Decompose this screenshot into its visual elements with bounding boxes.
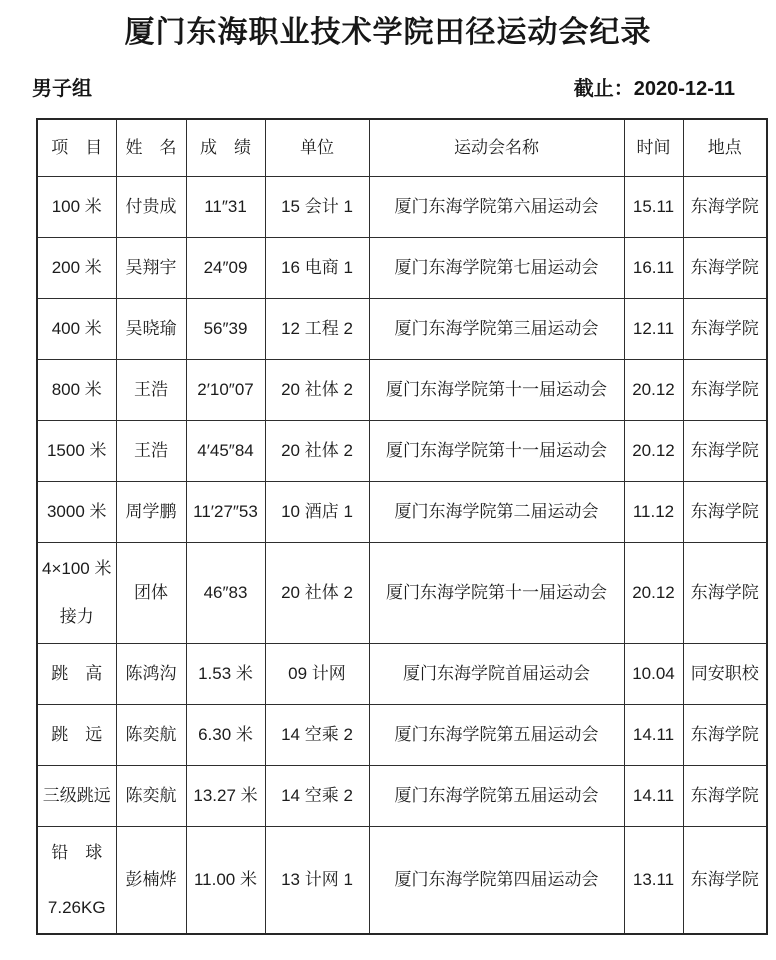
cell-name: 周学鹏: [116, 481, 186, 542]
cell-location: 东海学院: [683, 359, 767, 420]
cell-event: 3000 米: [37, 481, 116, 542]
table-row: 200 米 吴翔宇 24″09 16 电商 1 厦门东海学院第七届运动会 16.…: [37, 237, 767, 298]
cell-unit: 14 空乘 2: [265, 704, 369, 765]
cell-time: 16.11: [624, 237, 683, 298]
cell-location: 东海学院: [683, 176, 767, 237]
event-line2: 接力: [60, 606, 94, 627]
column-header-name: 姓 名: [116, 119, 186, 176]
cell-time: 15.11: [624, 176, 683, 237]
cell-meet: 厦门东海学院第二届运动会: [369, 481, 624, 542]
cell-result: 11.00 米: [186, 826, 265, 934]
cell-name: 陈奕航: [116, 704, 186, 765]
cell-name: 吴晓瑜: [116, 298, 186, 359]
cell-location: 东海学院: [683, 237, 767, 298]
cell-meet: 厦门东海学院第六届运动会: [369, 176, 624, 237]
table-row: 三级跳远 陈奕航 13.27 米 14 空乘 2 厦门东海学院第五届运动会 14…: [37, 765, 767, 826]
cell-location: 东海学院: [683, 420, 767, 481]
cell-result: 46″83: [186, 542, 265, 643]
column-header-result: 成 绩: [186, 119, 265, 176]
event-line1: 铅 球: [51, 842, 102, 863]
event-line2: 7.26KG: [48, 897, 106, 918]
cell-result: 6.30 米: [186, 704, 265, 765]
table-row: 跳 远 陈奕航 6.30 米 14 空乘 2 厦门东海学院第五届运动会 14.1…: [37, 704, 767, 765]
cell-result: 56″39: [186, 298, 265, 359]
table-row: 800 米 王浩 2′10″07 20 社体 2 厦门东海学院第十一届运动会 2…: [37, 359, 767, 420]
cell-unit: 15 会计 1: [265, 176, 369, 237]
cell-location: 东海学院: [683, 542, 767, 643]
cell-result: 11′27″53: [186, 481, 265, 542]
page-title: 厦门东海职业技术学院田径运动会纪录: [0, 0, 776, 51]
header-row: 项 目 姓 名 成 绩 单位 运动会名称 时间 地点: [37, 119, 767, 176]
event-two-line: 铅 球 7.26KG: [40, 842, 114, 918]
cell-unit: 09 计网: [265, 643, 369, 704]
cell-meet: 厦门东海学院第十一届运动会: [369, 359, 624, 420]
deadline-label: 截止：2020-12-11: [574, 72, 735, 101]
group-label: 男子组: [32, 72, 92, 101]
cell-meet: 厦门东海学院首届运动会: [369, 643, 624, 704]
cell-result: 4′45″84: [186, 420, 265, 481]
cell-location: 东海学院: [683, 481, 767, 542]
cell-meet: 厦门东海学院第七届运动会: [369, 237, 624, 298]
cell-unit: 13 计网 1: [265, 826, 369, 934]
cell-time: 20.12: [624, 359, 683, 420]
cell-name: 王浩: [116, 420, 186, 481]
event-two-line: 4×100 米 接力: [40, 558, 114, 628]
column-header-event: 项 目: [37, 119, 116, 176]
column-header-time: 时间: [624, 119, 683, 176]
event-line1: 4×100 米: [42, 558, 111, 579]
cell-time: 20.12: [624, 542, 683, 643]
cell-meet: 厦门东海学院第十一届运动会: [369, 420, 624, 481]
cell-location: 东海学院: [683, 765, 767, 826]
table-row: 1500 米 王浩 4′45″84 20 社体 2 厦门东海学院第十一届运动会 …: [37, 420, 767, 481]
cell-time: 10.04: [624, 643, 683, 704]
cell-name: 付贵成: [116, 176, 186, 237]
cell-name: 陈奕航: [116, 765, 186, 826]
cell-name: 吴翔宇: [116, 237, 186, 298]
cell-unit: 16 电商 1: [265, 237, 369, 298]
column-header-unit: 单位: [265, 119, 369, 176]
column-header-location: 地点: [683, 119, 767, 176]
table-row: 4×100 米 接力 团体 46″83 20 社体 2 厦门东海学院第十一届运动…: [37, 542, 767, 643]
cell-result: 11″31: [186, 176, 265, 237]
cell-name: 陈鸿沟: [116, 643, 186, 704]
cell-name: 彭楠烨: [116, 826, 186, 934]
table-row: 铅 球 7.26KG 彭楠烨 11.00 米 13 计网 1 厦门东海学院第四届…: [37, 826, 767, 934]
cell-location: 东海学院: [683, 826, 767, 934]
cell-event: 400 米: [37, 298, 116, 359]
table-row: 100 米 付贵成 11″31 15 会计 1 厦门东海学院第六届运动会 15.…: [37, 176, 767, 237]
table-row: 3000 米 周学鹏 11′27″53 10 酒店 1 厦门东海学院第二届运动会…: [37, 481, 767, 542]
cell-event: 三级跳远: [37, 765, 116, 826]
cell-meet: 厦门东海学院第五届运动会: [369, 704, 624, 765]
cell-meet: 厦门东海学院第四届运动会: [369, 826, 624, 934]
cell-time: 11.12: [624, 481, 683, 542]
cell-unit: 14 空乘 2: [265, 765, 369, 826]
cell-meet: 厦门东海学院第三届运动会: [369, 298, 624, 359]
table-row: 跳 高 陈鸿沟 1.53 米 09 计网 厦门东海学院首届运动会 10.04 同…: [37, 643, 767, 704]
cell-time: 12.11: [624, 298, 683, 359]
cell-event: 跳 远: [37, 704, 116, 765]
cell-unit: 12 工程 2: [265, 298, 369, 359]
cell-name: 团体: [116, 542, 186, 643]
records-table: 项 目 姓 名 成 绩 单位 运动会名称 时间 地点 100 米 付贵成 11″…: [36, 118, 768, 935]
cell-event: 200 米: [37, 237, 116, 298]
column-header-meet: 运动会名称: [369, 119, 624, 176]
cell-unit: 10 酒店 1: [265, 481, 369, 542]
cell-time: 14.11: [624, 765, 683, 826]
cell-event: 4×100 米 接力: [37, 542, 116, 643]
cell-unit: 20 社体 2: [265, 359, 369, 420]
cell-event: 1500 米: [37, 420, 116, 481]
cell-time: 14.11: [624, 704, 683, 765]
cell-event: 800 米: [37, 359, 116, 420]
table-row: 400 米 吴晓瑜 56″39 12 工程 2 厦门东海学院第三届运动会 12.…: [37, 298, 767, 359]
cell-location: 东海学院: [683, 298, 767, 359]
cell-event: 100 米: [37, 176, 116, 237]
cell-meet: 厦门东海学院第五届运动会: [369, 765, 624, 826]
cell-result: 2′10″07: [186, 359, 265, 420]
cell-time: 13.11: [624, 826, 683, 934]
cell-time: 20.12: [624, 420, 683, 481]
cell-location: 东海学院: [683, 704, 767, 765]
cell-location: 同安职校: [683, 643, 767, 704]
cell-unit: 20 社体 2: [265, 420, 369, 481]
cell-result: 13.27 米: [186, 765, 265, 826]
cell-event: 跳 高: [37, 643, 116, 704]
cell-event: 铅 球 7.26KG: [37, 826, 116, 934]
cell-result: 24″09: [186, 237, 265, 298]
cell-unit: 20 社体 2: [265, 542, 369, 643]
cell-meet: 厦门东海学院第十一届运动会: [369, 542, 624, 643]
document-page: 厦门东海职业技术学院田径运动会纪录 男子组 截止：2020-12-11 项 目 …: [0, 0, 776, 960]
subheader: 男子组 截止：2020-12-11: [0, 51, 776, 101]
cell-name: 王浩: [116, 359, 186, 420]
cell-result: 1.53 米: [186, 643, 265, 704]
